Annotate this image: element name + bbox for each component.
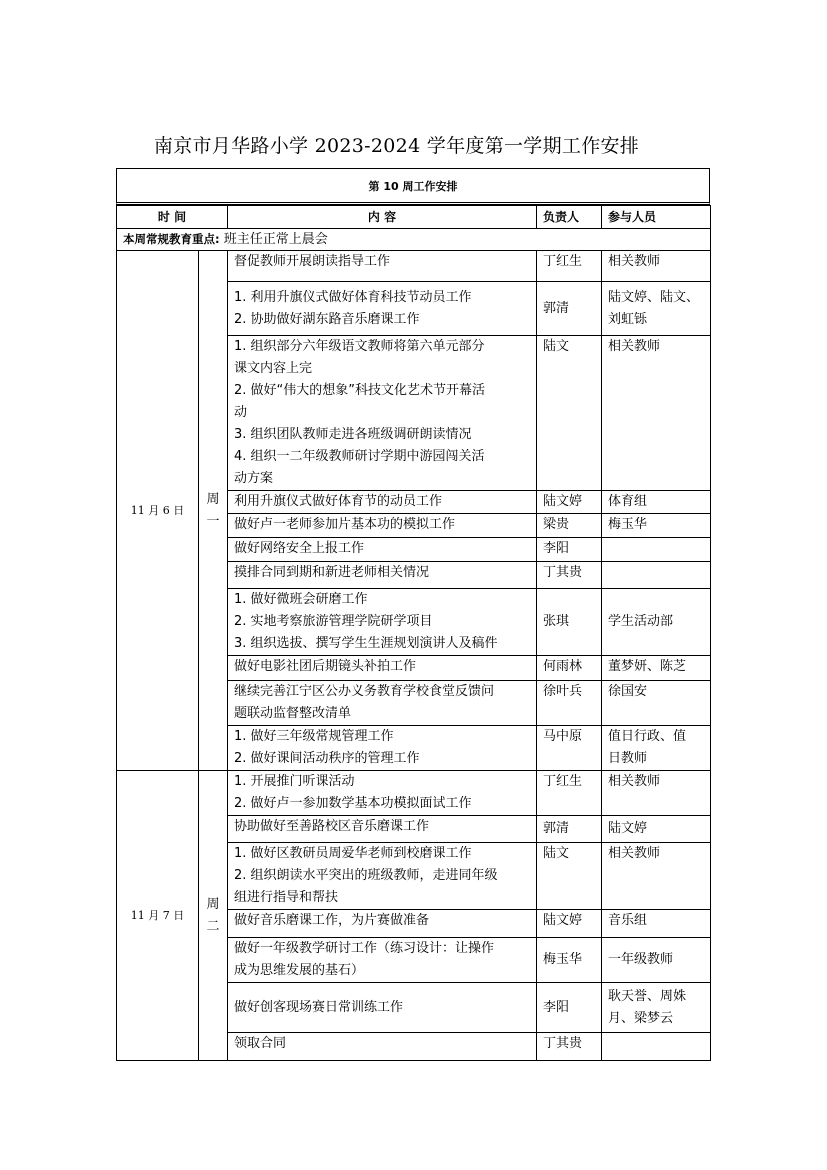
participants-line: 日教师 bbox=[608, 748, 704, 770]
content-line: 动方案 bbox=[234, 468, 530, 490]
owner-cell: 何雨林 bbox=[537, 656, 602, 681]
content-line: 2. 做好卢一参加数学基本功模拟面试工作 bbox=[234, 793, 530, 815]
content-line: 动 bbox=[234, 402, 530, 424]
weekly-focus-label: 本周常规教育重点: bbox=[123, 232, 220, 246]
participants-cell: 一年级教师 bbox=[602, 938, 711, 983]
participants-cell: 董梦妍、陈芝 bbox=[602, 656, 711, 681]
content-line: 督促教师开展朗读指导工作 bbox=[234, 251, 530, 273]
content-line: 3. 组织选拔、撰写学生生涯规划演讲人及稿件 bbox=[234, 633, 530, 655]
owner-cell: 丁红生 bbox=[537, 771, 602, 816]
content-cell: 1. 做好三年级常规管理工作2. 做好课间活动秩序的管理工作 bbox=[228, 726, 537, 771]
participants-line: 学生活动部 bbox=[608, 611, 704, 633]
content-cell: 协助做好至善路校区音乐磨课工作 bbox=[228, 816, 537, 843]
content-cell: 做好网络安全上报工作 bbox=[228, 538, 537, 562]
owner-cell: 李阳 bbox=[537, 538, 602, 562]
participants-line: 值日行政、值 bbox=[608, 726, 704, 748]
participants-line: 徐国安 bbox=[608, 681, 704, 703]
participants-cell bbox=[602, 1033, 711, 1061]
content-cell: 做好创客现场赛日常训练工作 bbox=[228, 983, 537, 1033]
owner-cell: 徐叶兵 bbox=[537, 681, 602, 726]
participants-line: 相关教师 bbox=[608, 251, 704, 273]
owner-cell: 郭清 bbox=[537, 816, 602, 843]
content-line: 1. 利用升旗仪式做好体育科技节动员工作 bbox=[234, 287, 530, 309]
participants-line: 月、梁梦云 bbox=[608, 1008, 704, 1030]
content-line: 做好电影社团后期镜头补拍工作 bbox=[234, 656, 530, 678]
content-line: 题联动监督整改清单 bbox=[234, 703, 530, 725]
participants-cell: 耿天誉、周姝月、梁梦云 bbox=[602, 983, 711, 1033]
content-cell: 1. 开展推门听课活动2. 做好卢一参加数学基本功模拟面试工作 bbox=[228, 771, 537, 816]
participants-cell bbox=[602, 562, 711, 589]
content-line: 2. 做好课间活动秩序的管理工作 bbox=[234, 748, 530, 770]
content-line: 做好音乐磨课工作，为片赛做准备 bbox=[234, 910, 530, 932]
content-cell: 利用升旗仪式做好体育节的动员工作 bbox=[228, 491, 537, 514]
participants-cell: 相关教师 bbox=[602, 251, 711, 282]
content-line: 成为思维发展的基石） bbox=[234, 960, 530, 982]
owner-cell: 梅玉华 bbox=[537, 938, 602, 983]
content-line: 1. 做好区教研员周爱华老师到校磨课工作 bbox=[234, 843, 530, 865]
content-line: 组进行指导和帮扶 bbox=[234, 887, 530, 909]
date-cell: 11 月 6 日 bbox=[117, 251, 199, 771]
table-row: 11 月 6 日周一督促教师开展朗读指导工作丁红生相关教师 bbox=[117, 251, 711, 282]
content-line: 利用升旗仪式做好体育节的动员工作 bbox=[234, 491, 530, 513]
content-line: 4. 组织一二年级教师研讨学期中游园闯关活 bbox=[234, 446, 530, 468]
owner-cell: 陆文婷 bbox=[537, 491, 602, 514]
owner-cell: 张琪 bbox=[537, 589, 602, 656]
participants-line: 耿天誉、周姝 bbox=[608, 986, 704, 1008]
content-line: 2. 实地考察旅游管理学院研学项目 bbox=[234, 611, 530, 633]
document-title: 南京市月华路小学 2023-2024 学年度第一学期工作安排 bbox=[0, 131, 793, 158]
participants-cell: 相关教师 bbox=[602, 771, 711, 816]
participants-cell: 值日行政、值日教师 bbox=[602, 726, 711, 771]
content-line: 做好网络安全上报工作 bbox=[234, 538, 530, 560]
content-cell: 做好电影社团后期镜头补拍工作 bbox=[228, 656, 537, 681]
content-line: 2. 组织朗读水平突出的班级教师，走进同年级 bbox=[234, 865, 530, 887]
header-time: 时 间 bbox=[117, 206, 228, 229]
weekly-focus-value: 班主任正常上晨会 bbox=[224, 232, 328, 247]
participants-cell bbox=[602, 538, 711, 562]
participants-cell: 陆文婷、陆文、刘虹铄 bbox=[602, 282, 711, 336]
participants-line: 音乐组 bbox=[608, 910, 704, 932]
owner-cell: 李阳 bbox=[537, 983, 602, 1033]
participants-line: 陆文婷 bbox=[608, 818, 704, 840]
owner-cell: 丁红生 bbox=[537, 251, 602, 282]
participants-line: 体育组 bbox=[608, 491, 704, 513]
owner-cell: 陆文 bbox=[537, 336, 602, 491]
participants-line: 刘虹铄 bbox=[608, 309, 704, 331]
schedule-table: 第 10 周工作安排 时 间 内 容 负责人 参与人员 本周常规教育重点: 班主… bbox=[116, 168, 710, 1061]
participants-line: 一年级教师 bbox=[608, 949, 704, 971]
owner-cell: 丁其贵 bbox=[537, 1033, 602, 1061]
content-line: 1. 开展推门听课活动 bbox=[234, 771, 530, 793]
week-heading: 第 10 周工作安排 bbox=[116, 168, 710, 205]
participants-cell: 相关教师 bbox=[602, 843, 711, 910]
content-line: 做好一年级教学研讨工作（练习设计：让操作 bbox=[234, 938, 530, 960]
weekly-focus-row: 本周常规教育重点: 班主任正常上晨会 bbox=[117, 229, 711, 251]
participants-line: 相关教师 bbox=[608, 771, 704, 793]
participants-cell: 陆文婷 bbox=[602, 816, 711, 843]
participants-cell: 相关教师 bbox=[602, 336, 711, 491]
header-row: 时 间 内 容 负责人 参与人员 bbox=[117, 206, 711, 229]
content-line: 2. 协助做好湖东路音乐磨课工作 bbox=[234, 309, 530, 331]
content-line: 1. 做好三年级常规管理工作 bbox=[234, 726, 530, 748]
content-line: 2. 做好“伟大的想象”科技文化艺术节开幕活 bbox=[234, 380, 530, 402]
date-cell: 11 月 7 日 bbox=[117, 771, 199, 1061]
content-cell: 1. 利用升旗仪式做好体育科技节动员工作2. 协助做好湖东路音乐磨课工作 bbox=[228, 282, 537, 336]
owner-cell: 陆文 bbox=[537, 843, 602, 910]
participants-cell: 体育组 bbox=[602, 491, 711, 514]
owner-cell: 马中原 bbox=[537, 726, 602, 771]
participants-cell: 梅玉华 bbox=[602, 514, 711, 538]
content-line: 领取合同 bbox=[234, 1033, 530, 1055]
content-line: 课文内容上完 bbox=[234, 358, 530, 380]
content-cell: 继续完善江宁区公办义务教育学校食堂反馈问题联动监督整改清单 bbox=[228, 681, 537, 726]
weekly-focus: 本周常规教育重点: 班主任正常上晨会 bbox=[117, 229, 711, 251]
content-line: 摸排合同到期和新进老师相关情况 bbox=[234, 562, 530, 584]
content-cell: 做好音乐磨课工作，为片赛做准备 bbox=[228, 910, 537, 938]
participants-line: 相关教师 bbox=[608, 336, 704, 358]
content-cell: 1. 组织部分六年级语文教师将第六单元部分课文内容上完2. 做好“伟大的想象”科… bbox=[228, 336, 537, 491]
owner-cell: 梁贵 bbox=[537, 514, 602, 538]
content-line: 继续完善江宁区公办义务教育学校食堂反馈问 bbox=[234, 681, 530, 703]
content-line: 1. 组织部分六年级语文教师将第六单元部分 bbox=[234, 336, 530, 358]
content-cell: 1. 做好区教研员周爱华老师到校磨课工作2. 组织朗读水平突出的班级教师，走进同… bbox=[228, 843, 537, 910]
schedule-grid: 时 间 内 容 负责人 参与人员 本周常规教育重点: 班主任正常上晨会 11 月… bbox=[116, 205, 711, 1061]
header-participants: 参与人员 bbox=[602, 206, 711, 229]
participants-cell: 音乐组 bbox=[602, 910, 711, 938]
owner-cell: 丁其贵 bbox=[537, 562, 602, 589]
content-cell: 督促教师开展朗读指导工作 bbox=[228, 251, 537, 282]
owner-cell: 郭清 bbox=[537, 282, 602, 336]
weekday-cell: 周一 bbox=[199, 251, 228, 771]
owner-cell: 陆文婷 bbox=[537, 910, 602, 938]
content-line: 协助做好至善路校区音乐磨课工作 bbox=[234, 816, 530, 838]
participants-cell: 学生活动部 bbox=[602, 589, 711, 656]
content-cell: 摸排合同到期和新进老师相关情况 bbox=[228, 562, 537, 589]
header-content: 内 容 bbox=[228, 206, 537, 229]
content-cell: 领取合同 bbox=[228, 1033, 537, 1061]
content-line: 3. 组织团队教师走进各班级调研朗读情况 bbox=[234, 424, 530, 446]
table-row: 11 月 7 日周二1. 开展推门听课活动2. 做好卢一参加数学基本功模拟面试工… bbox=[117, 771, 711, 816]
participants-line: 相关教师 bbox=[608, 843, 704, 865]
participants-cell: 徐国安 bbox=[602, 681, 711, 726]
header-owner: 负责人 bbox=[537, 206, 602, 229]
content-cell: 做好一年级教学研讨工作（练习设计：让操作成为思维发展的基石） bbox=[228, 938, 537, 983]
participants-line: 董梦妍、陈芝 bbox=[608, 656, 704, 678]
participants-line: 梅玉华 bbox=[608, 514, 704, 536]
content-cell: 做好卢一老师参加片基本功的模拟工作 bbox=[228, 514, 537, 538]
content-line: 做好卢一老师参加片基本功的模拟工作 bbox=[234, 514, 530, 536]
content-line: 1. 做好微班会研磨工作 bbox=[234, 589, 530, 611]
content-line: 做好创客现场赛日常训练工作 bbox=[234, 997, 530, 1019]
participants-line: 陆文婷、陆文、 bbox=[608, 287, 704, 309]
content-cell: 1. 做好微班会研磨工作2. 实地考察旅游管理学院研学项目3. 组织选拔、撰写学… bbox=[228, 589, 537, 656]
weekday-cell: 周二 bbox=[199, 771, 228, 1061]
